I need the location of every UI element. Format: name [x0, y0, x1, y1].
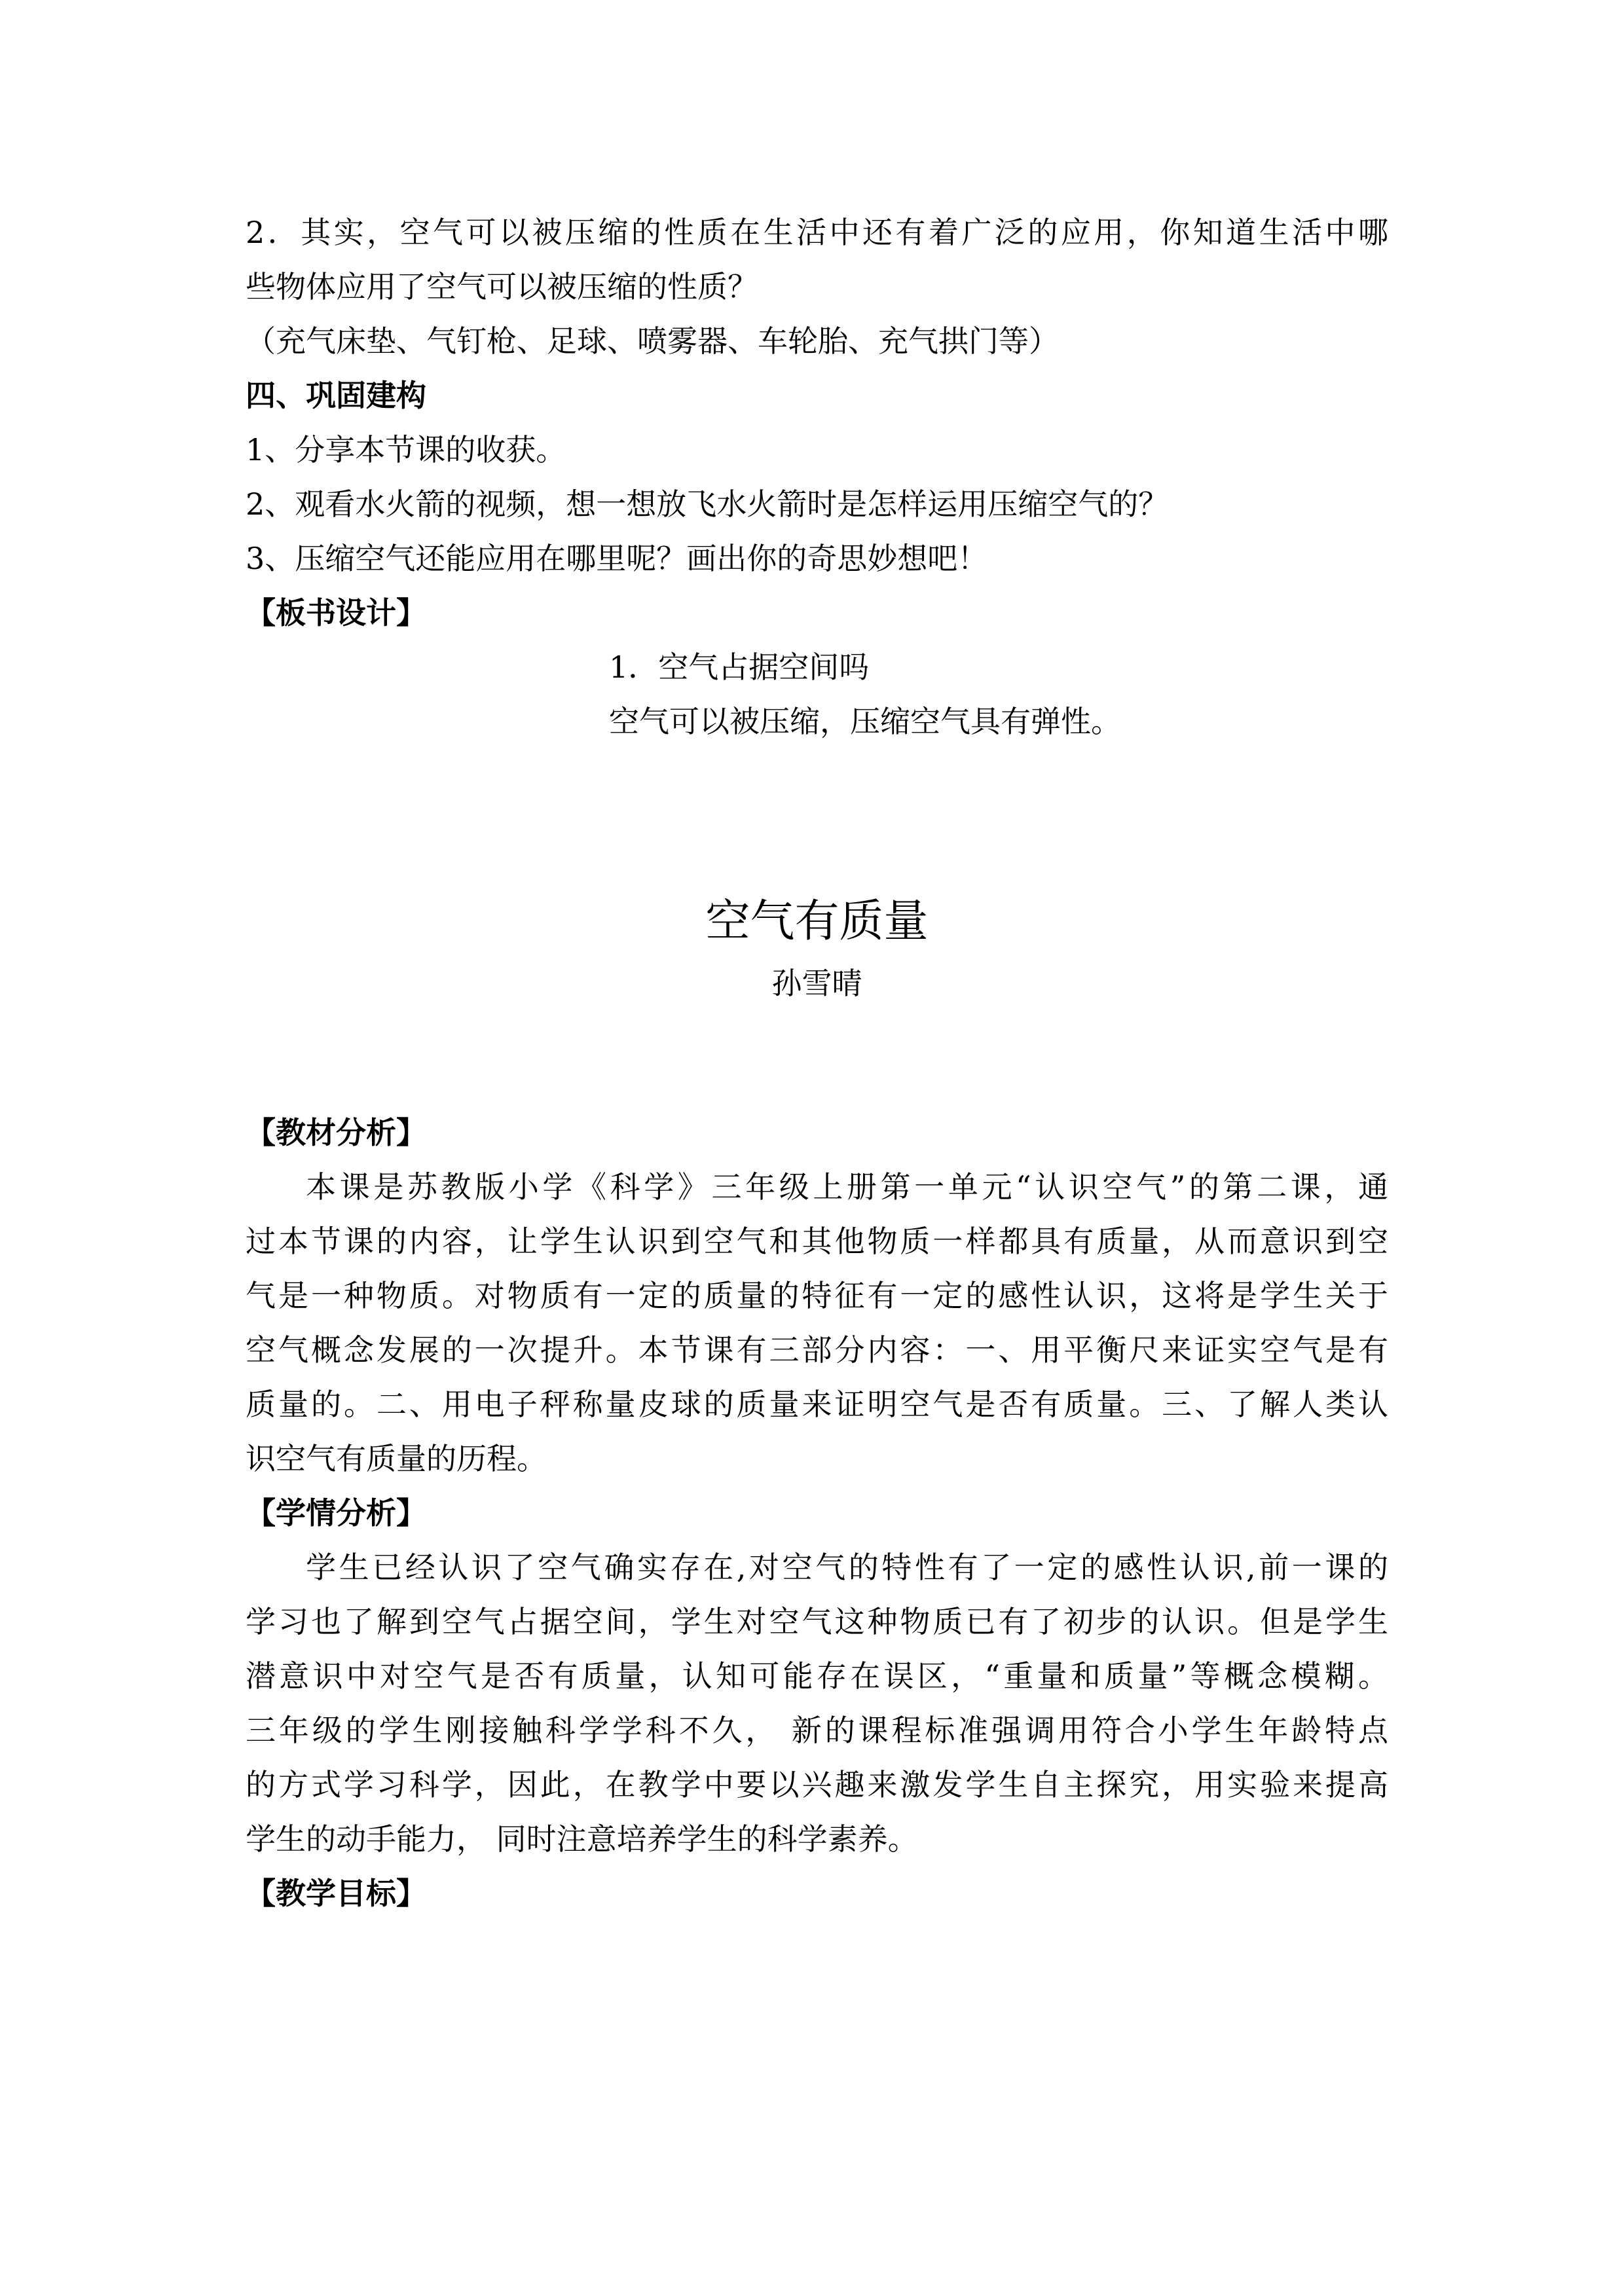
question-2-line-2: 些物体应用了空气可以被压缩的性质？ [246, 267, 758, 306]
lesson-title: 空气有质量 [246, 896, 1388, 948]
board-line-2: 空气可以被压缩，压缩空气具有弹性。 [609, 702, 1121, 741]
lesson-author: 孙雪晴 [246, 964, 1388, 1003]
textbook-analysis-line-6: 识空气有质量的历程。 [246, 1439, 547, 1478]
textbook-analysis-line-1: 本课是苏教版小学《科学》三年级上册第一单元“认识空气”的第二课，通 [246, 1167, 1388, 1207]
heading-teaching-goals: 【教学目标】 [246, 1874, 426, 1913]
question-2-line-1: 2．其实，空气可以被压缩的性质在生活中还有着广泛的应用，你知道生活中哪 [246, 213, 1388, 252]
heading-student-analysis: 【学情分析】 [246, 1493, 426, 1533]
textbook-analysis-line-4: 空气概念发展的一次提升。本节课有三部分内容：一、用平衡尺来证实空气是有 [246, 1330, 1388, 1370]
question-2-answer: （充气床垫、气钉枪、足球、喷雾器、车轮胎、充气拱门等） [246, 321, 1059, 361]
board-line-1: 1．空气占据空间吗 [609, 647, 869, 687]
student-analysis-line-6: 学生的动手能力， 同时注意培养学生的科学素养。 [246, 1819, 918, 1859]
heading-board-design: 【板书设计】 [246, 593, 426, 632]
consolidate-item-3: 3、压缩空气还能应用在哪里呢？画出你的奇思妙想吧！ [246, 539, 987, 578]
textbook-analysis-line-2: 过本节课的内容，让学生认识到空气和其他物质一样都具有质量，从而意识到空 [246, 1222, 1388, 1261]
textbook-analysis-line-3: 气是一种物质。对物质有一定的质量的特征有一定的感性认识，这将是学生关于 [246, 1276, 1388, 1315]
consolidate-item-1: 1、分享本节课的收获。 [246, 430, 566, 469]
student-analysis-line-4: 三年级的学生刚接触科学学科不久， 新的课程标准强调用符合小学生年龄特点 [246, 1711, 1388, 1750]
student-analysis-line-5: 的方式学习科学，因此，在教学中要以兴趣来激发学生自主探究，用实验来提高 [246, 1765, 1388, 1804]
heading-consolidate: 四、巩固建构 [246, 376, 426, 415]
consolidate-item-2: 2、观看水火箭的视频，想一想放飞水火箭时是怎样运用压缩空气的？ [246, 484, 1168, 524]
student-analysis-line-1: 学生已经认识了空气确实存在,对空气的特性有了一定的感性认识,前一课的 [246, 1548, 1388, 1587]
student-analysis-line-2: 学习也了解到空气占据空间，学生对空气这种物质已有了初步的认识。但是学生 [246, 1602, 1388, 1641]
student-analysis-line-3: 潜意识中对空气是否有质量，认知可能存在误区，“重量和质量”等概念模糊。 [246, 1656, 1388, 1696]
heading-textbook-analysis: 【教材分析】 [246, 1113, 426, 1152]
textbook-analysis-line-5: 质量的。二、用电子秤称量皮球的质量来证明空气是否有质量。三、了解人类认 [246, 1385, 1388, 1424]
